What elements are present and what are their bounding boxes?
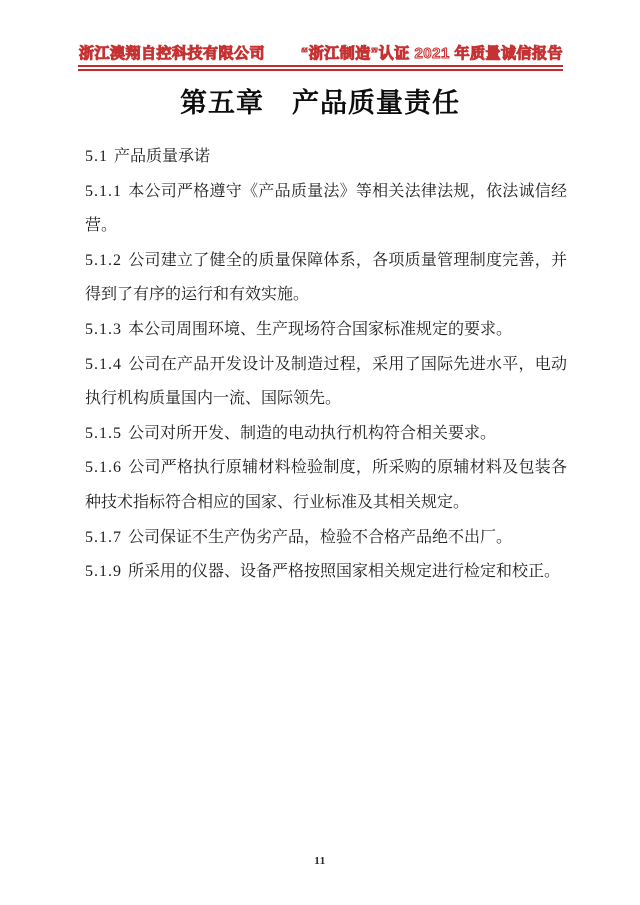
section-paragraph: 5.1.7公司保证不生产伪劣产品，检验不合格产品绝不出厂。 [85,521,567,556]
section-text: 公司在产品开发设计及制造过程，采用了国际先进水平，电动执行机构质量国内一流、国际… [85,356,567,408]
section-text: 本公司周围环境、生产现场符合国家标准规定的要求。 [128,321,512,338]
section-paragraph: 5.1产品质量承诺 [85,140,567,175]
section-paragraph: 5.1.1本公司严格遵守《产品质量法》等相关法律法规，依法诚信经营。 [85,175,567,244]
section-number: 5.1.7 [85,529,122,546]
section-text: 公司严格执行原辅材料检验制度，所采购的原辅材料及包装各种技术指标符合相应的国家、… [85,459,567,511]
section-number: 5.1.1 [85,183,122,200]
section-paragraph: 5.1.9所采用的仪器、设备严格按照国家相关规定进行检定和校正。 [85,555,567,590]
section-number: 5.1.6 [85,459,122,476]
page-header: 浙江澳翔自控科技有限公司 “浙江制造”认证 2021 年质量诚信报告 [79,42,563,63]
section-text: 公司建立了健全的质量保障体系，各项质量管理制度完善，并得到了有序的运行和有效实施… [85,252,567,304]
section-paragraph: 5.1.3本公司周围环境、生产现场符合国家标准规定的要求。 [85,313,567,348]
document-page: 浙江澳翔自控科技有限公司 “浙江制造”认证 2021 年质量诚信报告 第五章 产… [0,0,640,905]
section-number: 5.1.9 [85,563,122,580]
section-paragraph: 5.1.2公司建立了健全的质量保障体系，各项质量管理制度完善，并得到了有序的运行… [85,244,567,313]
section-number: 5.1.2 [85,252,122,269]
header-company-name: 浙江澳翔自控科技有限公司 [79,42,265,63]
section-paragraph: 5.1.4公司在产品开发设计及制造过程，采用了国际先进水平，电动执行机构质量国内… [85,348,567,417]
section-paragraph: 5.1.5公司对所开发、制造的电动执行机构符合相关要求。 [85,417,567,452]
chapter-title: 第五章 产品质量责任 [0,87,640,119]
section-number: 5.1.4 [85,356,122,373]
section-number: 5.1.5 [85,425,122,442]
section-paragraph: 5.1.6公司严格执行原辅材料检验制度，所采购的原辅材料及包装各种技术指标符合相… [85,451,567,520]
section-text: 产品质量承诺 [114,148,210,165]
section-text: 所采用的仪器、设备严格按照国家相关规定进行检定和校正。 [128,563,560,580]
section-number: 5.1.3 [85,321,122,338]
section-text: 公司保证不生产伪劣产品，检验不合格产品绝不出厂。 [128,529,512,546]
header-divider-rule [78,65,563,71]
section-text: 本公司严格遵守《产品质量法》等相关法律法规，依法诚信经营。 [85,183,567,235]
section-text: 公司对所开发、制造的电动执行机构符合相关要求。 [128,425,496,442]
header-report-title: “浙江制造”认证 2021 年质量诚信报告 [301,42,563,63]
section-number: 5.1 [85,148,108,165]
page-number: 11 [0,855,640,867]
document-body: 5.1产品质量承诺 5.1.1本公司严格遵守《产品质量法》等相关法律法规，依法诚… [85,140,567,590]
